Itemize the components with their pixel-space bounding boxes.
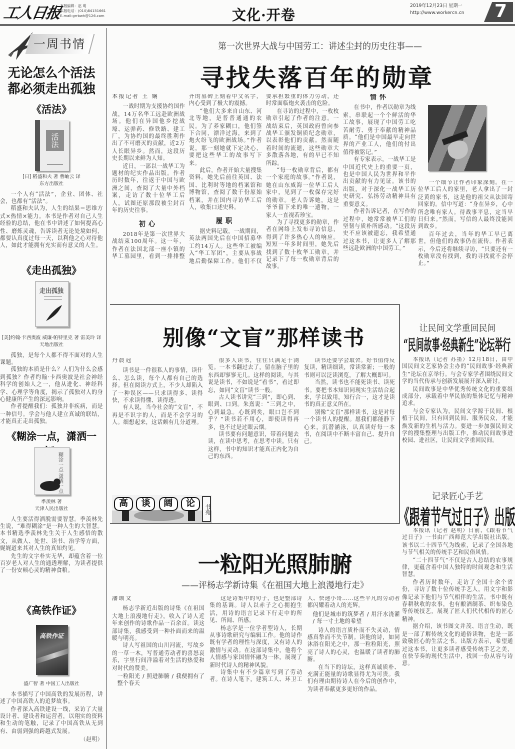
feather-icon <box>45 304 63 322</box>
page-number-badge: 7 <box>484 2 513 22</box>
cover-title: 高铁作证 <box>36 631 68 640</box>
paragraph: “每一枚勋章背后，都有一个家庭的故事。”作者说，她在山东威海一位华工后人家中，见… <box>266 168 339 220</box>
book-cover-image: 走出孤独 <box>35 281 69 327</box>
book-cover-image: 高铁作证 <box>36 625 68 675</box>
section-rule-vertical <box>399 304 400 523</box>
section-title: 文化·开卷 <box>232 5 295 25</box>
book-title: 《活法》 <box>0 103 103 118</box>
book-review: 《糊涂一点，潇洒一点》 糊涂一点 潇洒一点 季羡林 著 天津人民出版社 人生要活… <box>0 430 103 602</box>
paragraph: 杨志学是一位学者型诗人，长期从事诗歌研究与编辑工作。他的诗作既有学者的理性与深度… <box>210 626 303 670</box>
paragraph: 孤独，是每个人都不得不面对的人生课题。 <box>0 353 103 368</box>
paragraph: 一个人有“活法”，企业、团体、社会，也都有“活法”。 <box>0 192 103 207</box>
paragraph: 读书还要学会取舍。好书值得反复读，精读细读，常读常新；一般的书则可以泛读浏览，了… <box>304 358 395 380</box>
paragraph: 很多人读书，往往只满足于浏览。一本书翻过去了，留在脑子里的东西却寥寥无几。这样的… <box>208 358 299 395</box>
author-publisher-line: 盛广智 著 中国工人出版社 <box>0 682 103 689</box>
paragraph: 本报讯（记者 赵明）日前，《跟着节气过日子》一书由广西师范大学出版社出版。该书以… <box>402 528 513 558</box>
publisher-line: 东方出版社 <box>0 182 103 189</box>
illustration-title: 高 谈 阔 论 <box>114 497 200 511</box>
paragraph: 古人读书讲究“三到”，即心到、眼到、口到。朱熹说：“三到之中，心到最急。心既到矣… <box>208 395 299 432</box>
issue-date: 2019年12月23日 星期一 <box>410 3 464 10</box>
paragraph: 这是诗集中的句子，也是整部诗集的基调。诗人以赤子之心拥抱生活，用诗的语言记录下行… <box>210 596 303 626</box>
paragraph: 一个细节让作者印象深刻。在一位华工后人的家里，老人拿出了一封泛黄的家书，这是他的… <box>418 180 513 232</box>
subhead: 情怀 <box>343 94 416 101</box>
paragraph: 诗人写祖国的山川河流，写故乡的一草一木，写普通劳动者的喜怒哀乐，字里行间洋溢着对… <box>112 643 205 673</box>
poem-excerpt: 他们是城市的筑梦者 / 用汗水浇灌 / 每一寸土地的希望 <box>307 612 400 627</box>
paragraph: 杨志学新近出版的诗集《在祖国大地上浪漫地行走》，收入了诗人近年来创作的诗歌作品一… <box>112 606 205 643</box>
article-body: 本报记者 王 娴一战时期为支援协约国作战，14万名华工远赴欧洲战场。他们在异国他… <box>112 94 416 300</box>
author-line: [美]约翰·卡西奥波 威廉·帕特里克 著 雷美玲 译 <box>0 336 103 343</box>
cover-title: 活法 <box>46 130 64 151</box>
paragraph: 作者历时数年，走访了全国十余个省份，寻访了数十位传统手艺人，用文字和影像记录下他… <box>402 580 513 624</box>
byline: 本报记者 王 娴 <box>112 94 185 101</box>
site-url: http://www.workercn.cn <box>410 10 464 17</box>
news-headline: 《跟着节气过日子》出版 <box>399 501 515 530</box>
article-body: 潘颂文杨志学新近出版的诗集《在祖国大地上浪漫地行走》，收入了诗人近年来创作的诗歌… <box>112 596 400 748</box>
publisher-line: 天津人民出版社 <box>0 507 103 514</box>
paragraph: 近日，一部以一战华工为题材的纪实作品出版。作者历时数年，往返于中国与欧洲之间，查… <box>112 164 185 216</box>
header-rule <box>0 24 515 26</box>
paragraph: 人生要活得洒脱需要智慧。季羡林先生说，“难得糊涂”是一种人生的大智慧。本书精选季… <box>0 517 103 554</box>
byline: 丹晨冠 <box>112 358 203 365</box>
book-title: 《走出孤独》 <box>0 264 103 279</box>
book-review-text: 人生要活得洒脱需要智慧。季羡林先生说，“难得糊涂”是一种人生的大智慧。本书精选季… <box>0 517 103 576</box>
book-cover-image: 活法 <box>35 120 69 171</box>
logo-label-box: 一周书情 <box>25 34 94 54</box>
book-review-text: 孤独，是每个人都不得不面对的人生课题。孤独的本质是什么？人们为什么会感到孤独？作… <box>0 353 103 427</box>
book-credits: 盛广智 著 中国工人出版社 <box>0 682 103 689</box>
paragraph: 据介绍，该书图文并茂、语言生动，既是一部了解传统文化的通俗读物，也是一部致敬匠心… <box>402 624 513 668</box>
signature: （赵明） <box>0 737 103 744</box>
paragraph: 作者提醒我们：孤独并非疾病，而是一种信号。学会与他人建立真诚的联结，才能真正走出… <box>0 404 103 426</box>
author-line: [日] 稻盛和夫 著 曹岫云 译 <box>0 175 103 182</box>
article-headline: 别像“文盲”那样读书 <box>150 322 378 352</box>
section-rule <box>110 523 400 524</box>
book-credits: [美]约翰·卡西奥波 威廉·帕特里克 著 雷美玲 译 天地出版社 <box>0 336 103 350</box>
paragraph: “二十四节气”不仅是古人总结的农事规律，更蕴含着中国人独特的时间观念和生活智慧。 <box>402 558 513 580</box>
cover-decoration <box>47 164 63 166</box>
paragraph: 百年过去，当年的华工早已离世，但他们的故事仍在流传。作者表示，今后还将继续寻访，… <box>418 232 513 269</box>
column-headline: 无论怎么个活法 都必须走出孤独 <box>0 65 103 97</box>
subhead: 初心 <box>112 221 185 228</box>
paragraph: 在书中，作者以勋章为线索，串联起一个个鲜活的华工故事，展现了中国劳工吃苦耐劳、勇… <box>343 105 416 157</box>
column-divider <box>106 28 107 749</box>
article-column: 很多人读书，往往只满足于浏览。一本书翻过去了，留在脑子里的东西却寥寥无几。这样的… <box>208 358 299 520</box>
book-cover-photo <box>428 105 486 171</box>
cover-decoration <box>44 296 62 297</box>
paragraph: 孤独的本质是什么？人们为什么会感到孤独？作者约翰·卡西奥波是社会神经科学的创始人… <box>0 367 103 404</box>
article-column: 丹晨冠读书是一件很私人的事情，读什么、怎么读，每个人都有自己的选择。但在阅读方式… <box>112 358 203 492</box>
article-column: 读书还要学会取舍。好书值得反复读，精读细读，常读常新；一般的书则可以泛读浏览，了… <box>304 358 395 520</box>
newspaper-logo: 工人日报 <box>2 2 62 23</box>
paragraph: 在当下的诗坛，这样真诚质朴、充满正能量的诗歌显得尤为可贵。我们有理由期待诗人在今… <box>307 665 400 695</box>
paragraph: 稻盛和夫认为，人生的结果＝思维方式×热情×能力。本书是作者对自己人生经验的总结，… <box>0 206 103 250</box>
paragraph: 一战时期为支援协约国作战，14万名华工远赴欧洲战场。他们在异国他乡挖战壕、运弹药… <box>112 104 185 163</box>
book-review: 《走出孤独》 走出孤独 [美]约翰·卡西奥波 威廉·帕特里克 著 雷美玲 译 天… <box>0 264 103 428</box>
news-body: 本报讯（记者 赵明）日前，《跟着节气过日子》一书由广西师范大学出版社出版。该书以… <box>402 528 513 748</box>
editor-info: 本版编辑：赵 明 本版电话：(010)84151661 E-mail:grrbw… <box>60 4 106 19</box>
publisher-line: 天地出版社 <box>0 343 103 350</box>
title-char: 论 <box>181 497 200 511</box>
headline-line: 都必须走出孤独 <box>0 81 103 97</box>
article-kicker: 第一次世界大战与中国劳工：讲述尘封的历史往事—— <box>218 40 422 52</box>
book-review: 《活法》 活法 [日] 稻盛和夫 著 曹岫云 译 东方出版社 一个人有“活法”，… <box>0 103 103 263</box>
table-shape <box>134 510 184 521</box>
book-review-text: 本书描写了中国高铁的发展历程，讲述了中国高铁人的追梦故事。作者深入高铁建设一线，… <box>0 692 103 745</box>
article-headline: 寻找失落百年的勋章 <box>200 58 434 93</box>
title-char: 谈 <box>136 497 155 511</box>
article-subtitle: ——评杨志学新诗集《在祖国大地上浪漫地行走》 <box>150 579 400 591</box>
book-credits: [日] 稻盛和夫 著 曹岫云 译 东方出版社 <box>0 175 103 189</box>
paragraph: 在寻访的过程中，一枚枚勋章引起了作者的注意。一战结束后，英国政府曾向参战华工颁发… <box>266 109 339 168</box>
book-title: 《高铁作证》 <box>0 604 103 619</box>
book-review-text: 一个人有“活法”，企业、团体、社会，也都有“活法”。稻盛和夫认为，人生的结果＝思… <box>0 192 103 251</box>
paragraph: 作者告诉记者，在写作的过程中，她常常被华工们的坚韧与质朴所感动。“这段历史不应该… <box>343 209 416 253</box>
paragraph: 与会专家认为，民间文学源于民间、根植于民间，只有回到民间、服务民众，才能焕发新的… <box>402 409 513 446</box>
issue-info: 2019年12月23日 星期一 http://www.workercn.cn <box>410 3 464 17</box>
book-review: 《高铁作证》 高铁作证 盛广智 著 中国工人出版社 本书描写了中国高铁的发展历程… <box>0 604 103 749</box>
paragraph: 本报讯（记者 苏墨）12月18日，由中国民间文艺家协会主办的“民间故事·经典新生… <box>402 357 513 387</box>
paragraph: 读书要有问题意识，带着问题去读，在读中思考，在思考中读。只有这样，书中的知识才能… <box>208 432 299 462</box>
paragraph: 有专家表示，一战华工是中国近代史上的重要一页，也是中国人民为世界和平作出贡献的有… <box>343 157 416 209</box>
headline-line: 无论怎么个活法 <box>0 65 103 81</box>
paragraph: “他们大多来自山东、河北等地，是普普通通的农民。为了养家糊口，他们签下合同，漂洋… <box>189 109 262 168</box>
cat-silhouette-icon <box>39 476 61 492</box>
cover-decoration <box>44 299 62 300</box>
news-headline: “民间故事·经典新生”论坛举行 <box>403 334 510 355</box>
email-line: E-mail:grrbwh@126.com <box>60 14 106 19</box>
paragraph: 当然，读书也不能死读书、读死书。要把书本知识同现实生活结合起来，学以致用，知行合… <box>304 380 395 410</box>
weekly-books-logo: 一周书情 <box>6 29 98 61</box>
book-title: 《糊涂一点，潇洒一点》 <box>0 430 103 445</box>
paragraph: 此后，作者开始大量搜集资料。她先后前往英国、法国、比利时等地的档案馆和博物馆，查… <box>189 168 262 212</box>
paragraph: 作者深入高铁建设一线，采访了大量设计者、建设者和运营者，以翔实的资料和生动的笔触… <box>0 707 103 737</box>
poem-excerpt: 一粒阳光 / 照进肺腑 / 我便拥有了整个春天 <box>112 674 205 689</box>
paragraph: 先生的文字朴实无华，却蕴含着一位百岁老人对人生的通透理解，为读者提供了一份安顿心… <box>0 554 103 576</box>
subhead: 履职 <box>189 218 262 225</box>
news-kicker: 让民间文学重回民间 <box>402 322 513 334</box>
cover-title: 走出孤独 <box>36 286 68 295</box>
paragraph: 读书是一件很私人的事情，读什么、怎么读，每个人都有自己的选择。但在阅读方式上，不… <box>112 368 203 405</box>
illustration-side-label: 书苑 <box>202 496 211 522</box>
paragraph: 别像“文盲”那样读书，这是对每一个读书人的提醒。愿我们都能静下心来，沉潜涵泳，认… <box>304 410 395 447</box>
article-body-continued: 一个细节让作者印象深刻。在一位华工后人的家里，老人拿出了一封泛黄的家书，这是他的… <box>418 180 513 300</box>
paragraph: 为了寻找更多的勋章，作者在网络上发布寻访信息，得到了许多热心人的响应。短短一年多… <box>266 220 339 272</box>
paragraph: 诗人的语言质朴而不失灵动，情感真挚而不失节制。读他的诗，如同沐浴在阳光之中，那一… <box>307 628 400 665</box>
paragraph: 有人说，当今社会的“文盲”，不再是不识字的人，而是不会学习的人。细想起来，这话颇… <box>112 405 203 427</box>
title-char: 高 <box>114 497 133 511</box>
page-number: 7 <box>494 1 507 22</box>
logo-label: 一周书情 <box>28 34 91 54</box>
byline: 潘颂文 <box>112 596 205 603</box>
section-rule <box>110 304 400 305</box>
column-illustration: 高 谈 阔 论 书苑 <box>112 495 212 523</box>
paragraph: 本书描写了中国高铁的发展历程，讲述了中国高铁人的追梦故事。 <box>0 692 103 707</box>
news-body: 本报讯（记者 苏墨）12月18日，由中国民间文艺家协会主办的“民间故事·经典新生… <box>402 357 513 471</box>
title-char: 阔 <box>159 497 178 511</box>
cover-decoration <box>36 646 68 664</box>
paragraph: 民间故事是中华优秀传统文化的重要组成部分，承载着中华民族的集体记忆与精神追求。 <box>402 387 513 409</box>
author-line: 季羡林 著 <box>0 500 103 507</box>
book-cover-image: 糊涂一点 潇洒一点 <box>34 447 70 495</box>
book-credits: 季羡林 著 天津人民出版社 <box>0 500 103 514</box>
article-headline: 一粒阳光照肺腑 <box>150 548 400 579</box>
